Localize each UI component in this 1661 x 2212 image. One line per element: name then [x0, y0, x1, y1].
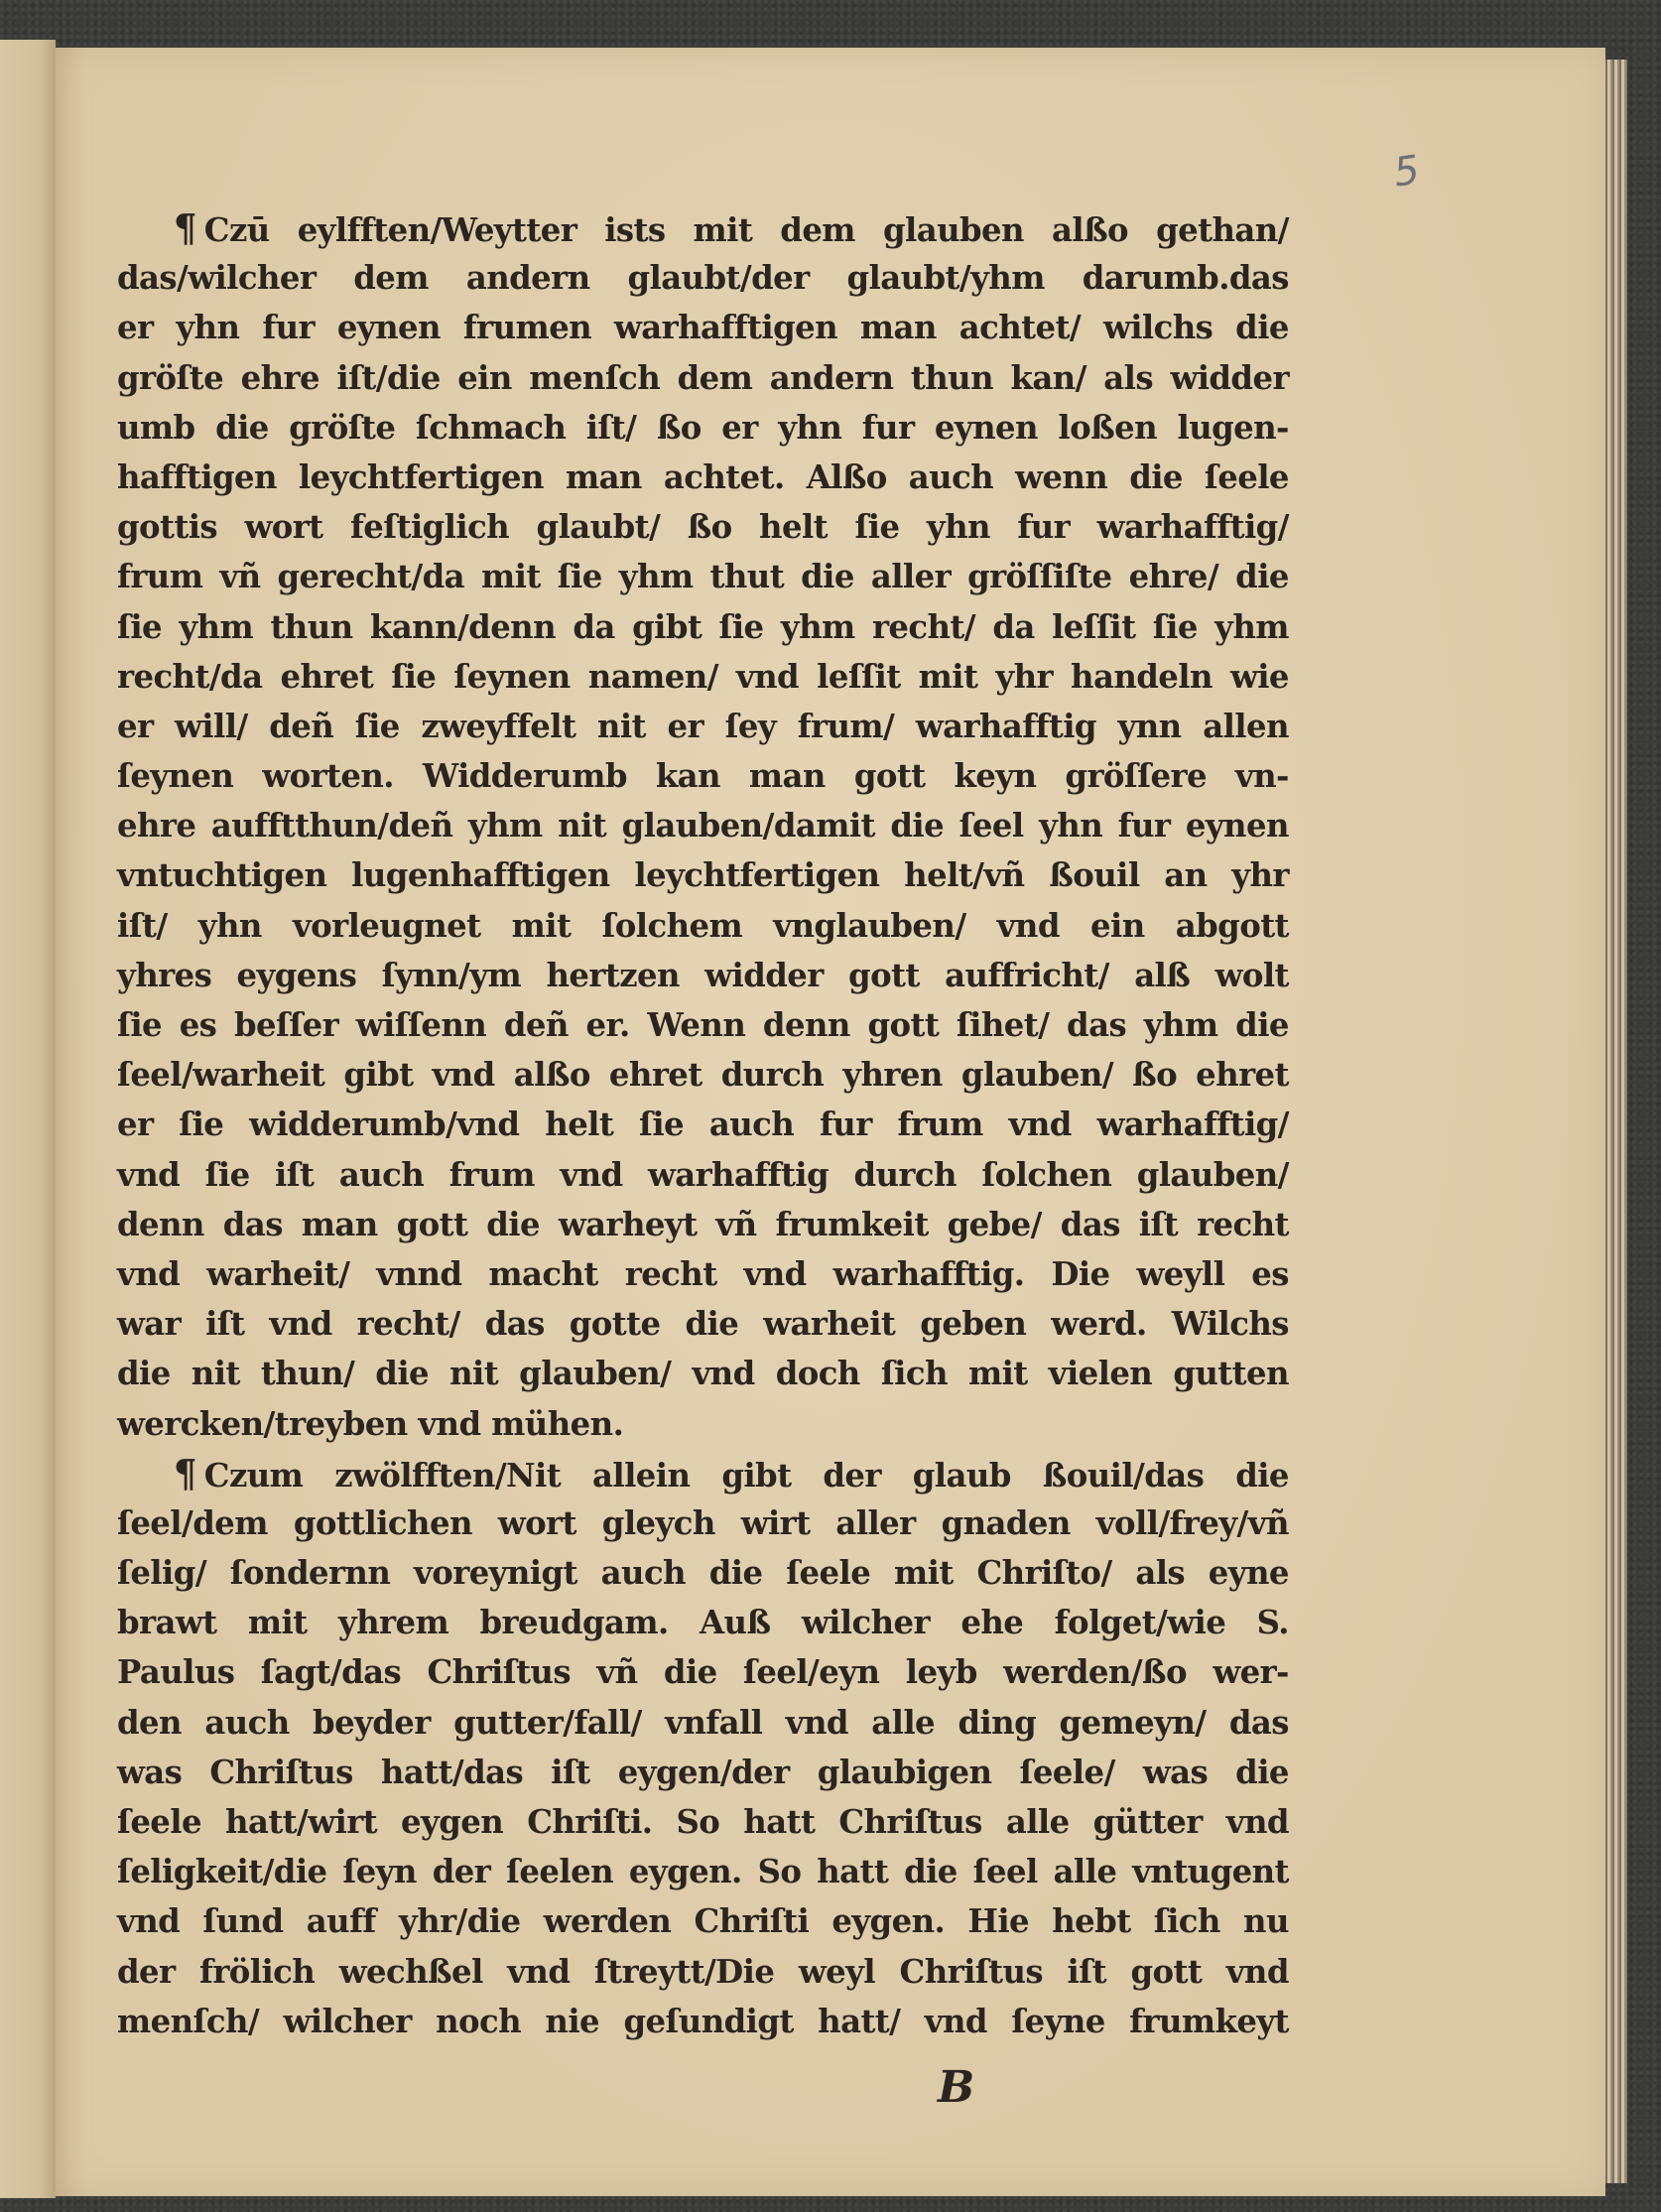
- pilcrow-icon: ¶: [174, 1451, 196, 1496]
- text-line: hafftigen leychtfertigen man achtet. Alß…: [117, 453, 1289, 502]
- line-text: vnd ſund auff yhr/die werden Chriſti eyg…: [117, 1901, 1289, 1940]
- text-line: vnd warheit/ vnnd macht recht vnd warhaf…: [117, 1249, 1289, 1299]
- text-line: der frölich wechßel vnd ſtreytt/Die weyl…: [117, 1947, 1289, 1997]
- text-line: ſeel/warheit gibt vnd alßo ehret durch y…: [117, 1050, 1289, 1100]
- line-text: ſeligkeit/die ſeyn der ſeelen eygen. So …: [117, 1852, 1289, 1890]
- text-line: ehre aufftthun/deñ yhm nit glauben/damit…: [117, 801, 1289, 850]
- line-text: ehre aufftthun/deñ yhm nit glauben/damit…: [117, 806, 1289, 845]
- line-text: ſeel/warheit gibt vnd alßo ehret durch y…: [117, 1055, 1289, 1094]
- line-text: vntuchtigen lugenhafftigen leychtfertige…: [117, 855, 1289, 894]
- text-line: denn das man gott die warheyt vñ frumkei…: [117, 1200, 1289, 1249]
- text-line: ſie yhm thun kann/denn da gibt ſie yhm r…: [117, 602, 1289, 652]
- line-text: den auch beyder gutter/fall/ vnfall vnd …: [117, 1703, 1289, 1742]
- signature-mark: B: [938, 2062, 974, 2113]
- text-line: ſie es beſſer wiſſenn deñ er. Wenn denn …: [117, 1000, 1289, 1050]
- line-text: er ſie widderumb/vnd helt ſie auch fur f…: [117, 1105, 1289, 1143]
- line-text: denn das man gott die warheyt vñ frumkei…: [117, 1205, 1289, 1243]
- text-line: er ſie widderumb/vnd helt ſie auch fur f…: [117, 1100, 1289, 1149]
- pilcrow-icon: ¶: [174, 205, 196, 250]
- text-line: er will/ deñ ſie zweyffelt nit er ſey fr…: [117, 702, 1289, 751]
- facing-page-edge: [0, 40, 56, 2198]
- line-text: Czum zwölfften/Nit allein gibt der glaub…: [204, 1456, 1289, 1495]
- line-text: frum vñ gerecht/da mit ſie yhm thut die …: [117, 557, 1289, 595]
- line-text: ſeele hatt/wirt eygen Chriſti. So hatt C…: [117, 1802, 1289, 1841]
- text-line: wercken/treyben vnd mühen.: [117, 1399, 1289, 1449]
- text-line: recht/da ehret ſie ſeynen namen/ vnd leſ…: [117, 652, 1289, 702]
- line-text: gröſte ehre iſt/die ein menſch dem ander…: [117, 358, 1289, 397]
- line-text: der frölich wechßel vnd ſtreytt/Die weyl…: [117, 1952, 1289, 1991]
- text-line: ſelig/ ſondernn voreynigt auch die ſeele…: [117, 1548, 1289, 1598]
- line-text: ſeynen worten. Widderumb kan man gott ke…: [117, 756, 1289, 795]
- text-line: war iſt vnd recht/ das gotte die warheit…: [117, 1299, 1289, 1349]
- line-text: die nit thun/ die nit glauben/ vnd doch …: [117, 1354, 1289, 1392]
- text-line: gröſte ehre iſt/die ein menſch dem ander…: [117, 353, 1289, 403]
- text-line: brawt mit yhrem breudgam. Auß wilcher eh…: [117, 1598, 1289, 1647]
- text-line: er yhn fur eynen frumen warhafftigen man…: [117, 303, 1289, 352]
- line-text: war iſt vnd recht/ das gotte die warheit…: [117, 1304, 1289, 1343]
- line-text: brawt mit yhrem breudgam. Auß wilcher eh…: [117, 1603, 1289, 1641]
- text-line: ſeele hatt/wirt eygen Chriſti. So hatt C…: [117, 1797, 1289, 1847]
- line-text: vnd warheit/ vnnd macht recht vnd warhaf…: [117, 1254, 1289, 1293]
- line-text: recht/da ehret ſie ſeynen namen/ vnd leſ…: [117, 657, 1289, 696]
- text-line: ſeynen worten. Widderumb kan man gott ke…: [117, 751, 1289, 801]
- body-text-block: ¶Czū eylfften/Weytter ists mit dem glaub…: [117, 203, 1313, 2046]
- line-text: hafftigen leychtfertigen man achtet. Alß…: [117, 457, 1289, 496]
- text-line: ¶Czū eylfften/Weytter ists mit dem glaub…: [117, 203, 1289, 253]
- text-line: yhres eygens ſynn/ym hertzen widder gott…: [117, 951, 1289, 1000]
- line-text: ſie es beſſer wiſſenn deñ er. Wenn denn …: [117, 1005, 1289, 1044]
- text-line: ſeel/dem gottlichen wort gleych wirt all…: [117, 1498, 1289, 1548]
- line-text: gottis wort feſtiglich glaubt/ ßo helt ſ…: [117, 507, 1289, 546]
- line-text: das/wilcher dem andern glaubt/der glaubt…: [117, 258, 1289, 297]
- text-line: gottis wort feſtiglich glaubt/ ßo helt ſ…: [117, 502, 1289, 552]
- text-line: den auch beyder gutter/fall/ vnfall vnd …: [117, 1698, 1289, 1748]
- text-line: vntuchtigen lugenhafftigen leychtfertige…: [117, 850, 1289, 900]
- text-line: Paulus ſagt/das Chriſtus vñ die ſeel/eyn…: [117, 1647, 1289, 1697]
- text-line: ¶Czum zwölfften/Nit allein gibt der glau…: [117, 1449, 1289, 1498]
- text-line: ſeligkeit/die ſeyn der ſeelen eygen. So …: [117, 1847, 1289, 1896]
- line-text: wercken/treyben vnd mühen.: [117, 1404, 623, 1443]
- text-line: iſt/ yhn vorleugnet mit ſolchem vnglaube…: [117, 901, 1289, 951]
- page-stack-edges: [1605, 60, 1627, 2183]
- line-text: yhres eygens ſynn/ym hertzen widder gott…: [117, 956, 1289, 994]
- text-line: menſch/ wilcher noch nie geſundigt hatt/…: [117, 1997, 1289, 2046]
- text-line: die nit thun/ die nit glauben/ vnd doch …: [117, 1349, 1289, 1398]
- line-text: iſt/ yhn vorleugnet mit ſolchem vnglaube…: [117, 906, 1289, 945]
- line-text: Paulus ſagt/das Chriſtus vñ die ſeel/eyn…: [117, 1652, 1289, 1691]
- text-line: vnd ſund auff yhr/die werden Chriſti eyg…: [117, 1896, 1289, 1946]
- line-text: was Chriſtus hatt/das iſt eygen/der glau…: [117, 1753, 1289, 1791]
- text-line: was Chriſtus hatt/das iſt eygen/der glau…: [117, 1748, 1289, 1797]
- line-text: er yhn fur eynen frumen warhafftigen man…: [117, 308, 1289, 346]
- text-line: vnd ſie iſt auch frum vnd warhafftig dur…: [117, 1150, 1289, 1200]
- text-line: umb die gröſte ſchmach iſt/ ßo er yhn fu…: [117, 403, 1289, 453]
- line-text: Czū eylfften/Weytter ists mit dem glaube…: [204, 210, 1289, 249]
- line-text: ſie yhm thun kann/denn da gibt ſie yhm r…: [117, 607, 1289, 646]
- line-text: menſch/ wilcher noch nie geſundigt hatt/…: [117, 2002, 1289, 2040]
- line-text: vnd ſie iſt auch frum vnd warhafftig dur…: [117, 1155, 1289, 1194]
- line-text: ſelig/ ſondernn voreynigt auch die ſeele…: [117, 1553, 1289, 1592]
- line-text: umb die gröſte ſchmach iſt/ ßo er yhn fu…: [117, 408, 1289, 447]
- text-line: frum vñ gerecht/da mit ſie yhm thut die …: [117, 552, 1289, 601]
- text-line: das/wilcher dem andern glaubt/der glaubt…: [117, 253, 1289, 303]
- line-text: ſeel/dem gottlichen wort gleych wirt all…: [117, 1503, 1289, 1542]
- line-text: er will/ deñ ſie zweyffelt nit er ſey fr…: [117, 707, 1289, 745]
